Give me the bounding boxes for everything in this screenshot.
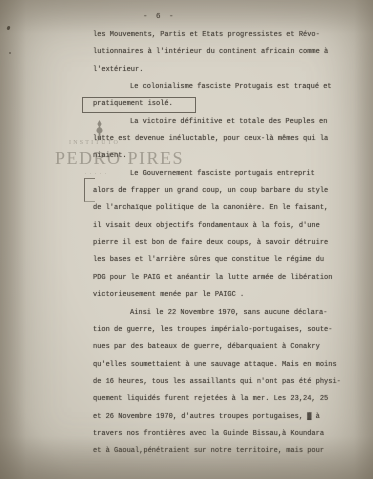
text-line: pratiquement isolé. [93,96,361,113]
text-line: PDG pour le PAIG et anéantir la lutte ar… [93,270,361,287]
text-line: lutte est devenue inéluctable, pour ceux… [93,131,361,148]
text-line: qu'elles soumettaient à une sauvage atta… [93,357,361,374]
paper-speck [9,52,11,54]
text-line: les Mouvements, Partis et Etats progress… [93,27,361,44]
page-number: - 6 - [143,13,176,21]
text-line: pierre il est bon de faire deux coups, à… [93,235,361,252]
text-line: Ainsi le 22 Novembre 1970, sans aucune d… [93,305,361,322]
text-line: de l'archaïque politique de la canonière… [93,200,361,217]
text-line: il visait deux objectifs fondamentaux à … [93,218,361,235]
text-line: et à Gaoual,pénétraient sur notre territ… [93,443,361,460]
text-line: Le Gouvernement fasciste portugais entre… [93,166,361,183]
text-line: niaient. [93,148,361,165]
text-line: lutionnaires à l'intérieur du continent … [93,44,361,61]
paper-speck [6,26,10,31]
text-line: nues par des bateaux de guerre, débarqua… [93,339,361,356]
text-line: alors de frapper un grand coup, un coup … [93,183,361,200]
boxed-annotation: pratiquement isolé. [82,97,196,113]
text-line: victorieusement menée par le PAIGC . [93,287,361,304]
text-line: tion de guerre, les troupes impérialo-po… [93,322,361,339]
text-line: travers nos frontières avec la Guinde Bi… [93,426,361,443]
text-line: de 16 heures, tous les assaillants qui n… [93,374,361,391]
text-line: La victoire définitive et totale des Peu… [93,114,361,131]
text-line: les bases et l'arrière sûres que constit… [93,252,361,269]
scanned-document-page: - 6 - INSTITUTO PEDRO PIRES ····· les Mo… [0,0,373,479]
text-line: et 26 Novembre 1970, d'autres troupes po… [93,409,361,426]
text-line: Le colonialisme fasciste Protugais est t… [93,79,361,96]
text-line: l'extérieur. [93,62,361,79]
text-line: quement liquidés furent rejetées à la me… [93,391,361,408]
document-body: les Mouvements, Partis et Etats progress… [93,27,361,461]
pencil-bracket-annotation [84,178,95,202]
